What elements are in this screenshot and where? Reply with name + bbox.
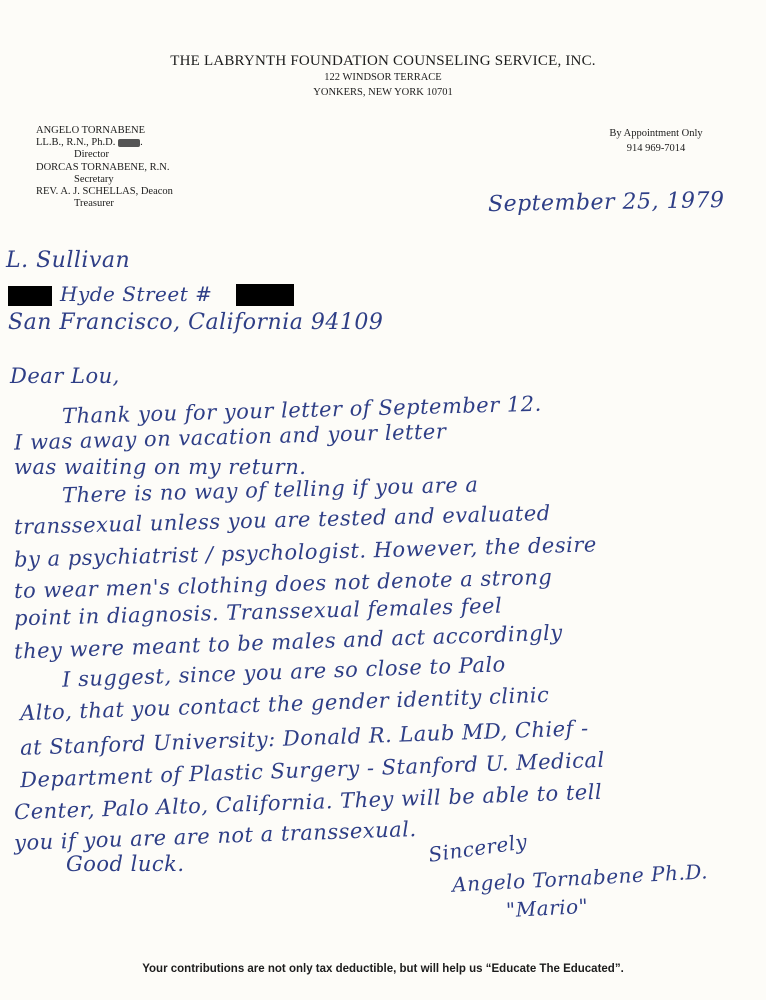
valediction: Sincerely: [427, 829, 529, 867]
struck-out-text: Cand: [118, 139, 140, 147]
organization-city: YONKERS, NEW YORK 10701: [0, 85, 766, 100]
body-line: you if you are are not a transsexual.: [14, 817, 417, 855]
footer-note: Your contributions are not only tax dedu…: [0, 963, 766, 975]
recipient-city: San Francisco, California 94109: [8, 310, 383, 335]
body-line: Good luck.: [66, 852, 185, 876]
letter-date: September 25, 1979: [488, 188, 725, 217]
salutation: Dear Lou,: [10, 364, 120, 388]
staff-treasurer-role: Treasurer: [36, 198, 173, 210]
signature-nickname: "Mario": [505, 894, 588, 922]
signature: Angelo Tornabene Ph.D.: [452, 859, 709, 896]
recipient-street: Hyde Street #: [60, 282, 212, 306]
redaction-bar: [236, 284, 294, 306]
staff-secretary-role: Secretary: [36, 174, 173, 186]
letterhead: THE LABRYNTH FOUNDATION COUNSELING SERVI…: [0, 52, 766, 100]
staff-list: ANGELO TORNABENE LL.B., R.N., Ph.D. Cand…: [36, 125, 173, 210]
organization-street: 122 WINDSOR TERRACE: [0, 70, 766, 85]
body-line: was waiting on my return.: [14, 455, 306, 479]
organization-name: THE LABRYNTH FOUNDATION COUNSELING SERVI…: [0, 52, 766, 70]
phone-number: 914 969-7014: [600, 141, 712, 156]
appointment-note: By Appointment Only: [600, 126, 712, 141]
staff-treasurer-name: REV. A. J. SCHELLAS, Deacon: [36, 186, 173, 198]
staff-director-name: ANGELO TORNABENE: [36, 125, 173, 137]
staff-director-role: Director: [36, 149, 173, 161]
recipient-name: L. Sullivan: [6, 248, 130, 273]
staff-secretary-name: DORCAS TORNABENE, R.N.: [36, 162, 173, 174]
contact-info: By Appointment Only 914 969-7014: [600, 126, 712, 156]
staff-director-credentials: LL.B., R.N., Ph.D. Cand.: [36, 137, 173, 149]
redaction-bar: [8, 286, 52, 306]
body-line: transsexual unless you are tested and ev…: [14, 501, 551, 539]
